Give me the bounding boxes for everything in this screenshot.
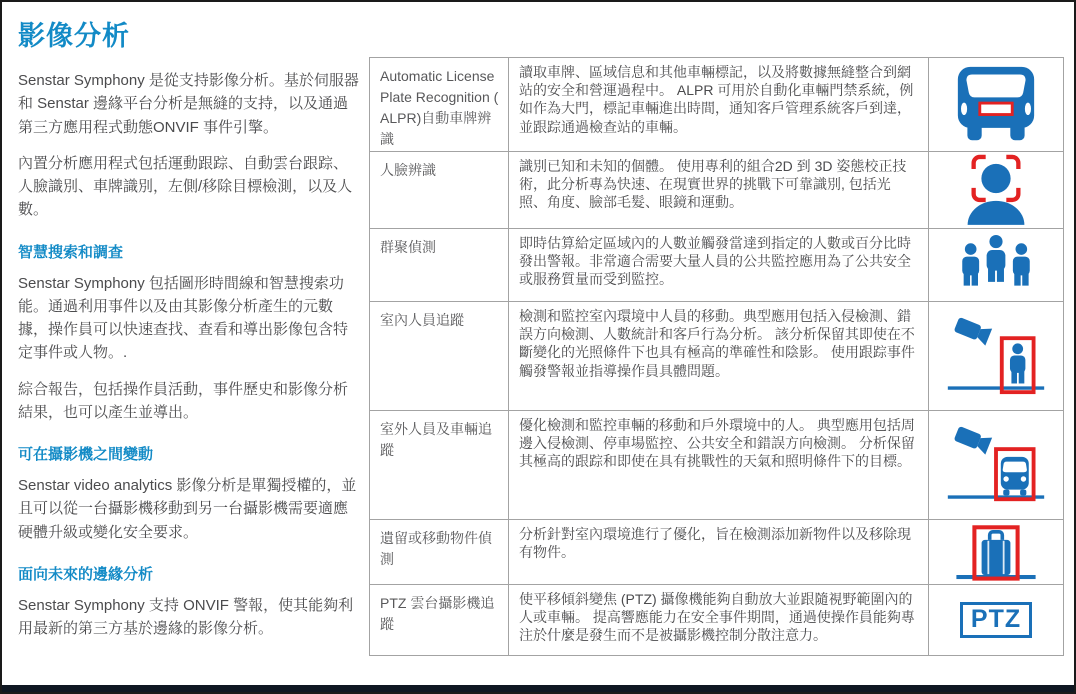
table-row: Automatic License Plate Recognition ( AL… xyxy=(370,58,1063,151)
feature-icon-cell xyxy=(928,152,1063,228)
datasheet-page: 影像分析 Senstar Symphony 是從支持影像分析。基於伺服器和 Se… xyxy=(0,0,1076,694)
feature-description: 優化檢測和監控車輛的移動和戶外環境中的人。 典型應用包括周邊入侵檢測、停車場監控… xyxy=(508,411,928,519)
section-paragraph: Senstar video analytics 影像分析是單獨授權的，並且可以從… xyxy=(18,474,360,544)
features-table: Automatic License Plate Recognition ( AL… xyxy=(369,57,1064,656)
feature-description: 即時估算給定區域內的人數並觸發當達到指定的人數或百分比時發出警報。非常適合需要大… xyxy=(508,229,928,301)
feature-description: 分析針對室內環境進行了優化，旨在檢測添加新物件以及移除現有物件。 xyxy=(508,520,928,584)
table-row: 人臉辨識 識別已知和未知的個體。 使用專利的組合2D 到 3D 姿態校正技術，此… xyxy=(370,151,1063,228)
alpr-vehicle-icon xyxy=(948,64,1044,146)
outdoor-vehicle-tracking-icon xyxy=(943,422,1049,509)
left-text-column: 影像分析 Senstar Symphony 是從支持影像分析。基於伺服器和 Se… xyxy=(18,14,360,653)
feature-icon-cell xyxy=(928,520,1063,584)
section-paragraph: 綜合報告，包括操作員活動，事件歷史和影像分析結果，也可以產生並導出。 xyxy=(18,378,360,425)
intro-paragraph: Senstar Symphony 是從支持影像分析。基於伺服器和 Senstar… xyxy=(18,69,360,139)
feature-icon-cell xyxy=(928,411,1063,519)
feature-label: PTZ 雲台攝影機追蹤 xyxy=(370,585,508,655)
feature-icon-cell xyxy=(928,58,1063,151)
feature-description: 檢測和監控室內環境中人員的移動。典型應用包括入侵檢測、錯誤方向檢測、人數統計和客… xyxy=(508,302,928,410)
section-heading: 智慧搜索和調查 xyxy=(18,241,360,262)
crowd-detection-icon xyxy=(949,235,1043,295)
intro-paragraph: 內置分析應用程式包括運動跟踪、自動雲台跟踪、人臉識別、車牌識別，左側/移除目標檢… xyxy=(18,152,360,222)
feature-icon-cell: PTZ xyxy=(928,585,1063,655)
section-heading: 可在攝影機之間變動 xyxy=(18,443,360,464)
feature-description: 讀取車牌、區域信息和其他車輛標記，以及將數據無縫整合到網站的安全和營運過程中。 … xyxy=(508,58,928,151)
face-recognition-icon xyxy=(953,152,1039,228)
table-row: PTZ 雲台攝影機追蹤 使平移傾斜變焦 (PTZ) 攝像機能夠自動放大並跟隨視野… xyxy=(370,584,1063,655)
feature-description: 識別已知和未知的個體。 使用專利的組合2D 到 3D 姿態校正技術，此分析專為快… xyxy=(508,152,928,228)
feature-label: 室內人員追蹤 xyxy=(370,302,508,410)
section-paragraph: Senstar Symphony 支持 ONVIF 警報，使其能夠利用最新的第三… xyxy=(18,594,360,641)
table-row: 遺留或移動物件偵測 分析針對室內環境進行了優化，旨在檢測添加新物件以及移除現有物… xyxy=(370,519,1063,584)
feature-label: 遺留或移動物件偵測 xyxy=(370,520,508,584)
ptz-badge: PTZ xyxy=(960,602,1032,639)
feature-label: Automatic License Plate Recognition ( AL… xyxy=(370,58,508,151)
feature-icon-cell xyxy=(928,302,1063,410)
table-row: 群聚偵測 即時估算給定區域內的人數並觸發當達到指定的人數或百分比時發出警報。非常… xyxy=(370,228,1063,301)
feature-label: 群聚偵測 xyxy=(370,229,508,301)
object-left-removed-icon xyxy=(951,521,1041,584)
feature-label: 室外人員及車輛追蹤 xyxy=(370,411,508,519)
page-title: 影像分析 xyxy=(18,14,360,53)
table-row: 室內人員追蹤 檢測和監控室內環境中人員的移動。典型應用包括入侵檢測、錯誤方向檢測… xyxy=(370,301,1063,410)
footer-bar xyxy=(2,685,1074,692)
indoor-person-tracking-icon xyxy=(943,315,1049,398)
section-heading: 面向未來的邊緣分析 xyxy=(18,563,360,584)
section-paragraph: Senstar Symphony 包括圖形時間線和智慧搜索功能。通過利用事件以及… xyxy=(18,272,360,365)
feature-description: 使平移傾斜變焦 (PTZ) 攝像機能夠自動放大並跟隨視野範圍內的人或車輛。 提高… xyxy=(508,585,928,655)
feature-label: 人臉辨識 xyxy=(370,152,508,228)
feature-icon-cell xyxy=(928,229,1063,301)
table-row: 室外人員及車輛追蹤 優化檢測和監控車輛的移動和戶外環境中的人。 典型應用包括周邊… xyxy=(370,410,1063,519)
